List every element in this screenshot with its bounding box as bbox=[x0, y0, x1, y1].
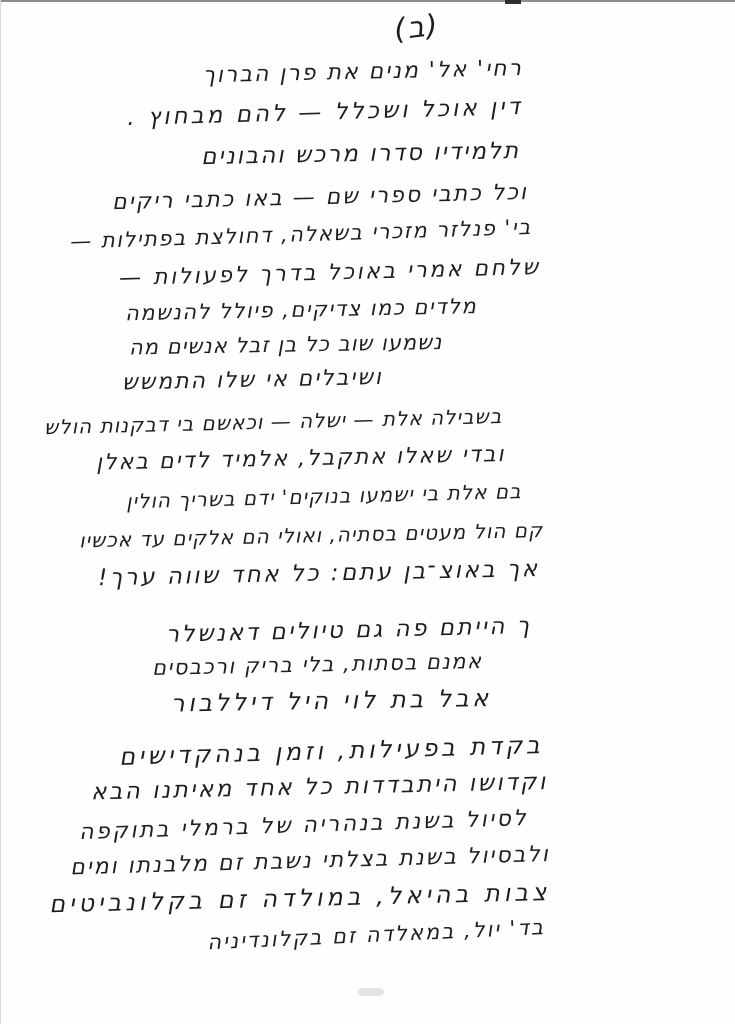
manuscript-line: וקדושו היתבדדות כל אחד מאיתנו הבא bbox=[91, 769, 548, 806]
manuscript-line: צבות בהיאל, במולדה זם בקלונביטים bbox=[48, 879, 550, 919]
manuscript-line: נשמעו שוב כל בן זבל אנשים מה bbox=[128, 330, 442, 360]
manuscript-line: תלמידיו סדרו מרכש והבונים bbox=[201, 138, 521, 171]
manuscript-line: לסיול בשנת בנהריה של ברמלי בתוקפה bbox=[78, 806, 528, 845]
manuscript-line: בקדת בפעילות, וזמן בנהקדישים bbox=[119, 732, 544, 771]
manuscript-line: ושיבלים אי שלו התמשש bbox=[122, 365, 383, 396]
manuscript-line: רחי' אל' מנים את פרן הברוך bbox=[203, 56, 523, 89]
manuscript-line: אך באוצ־בן עתם: כל אחד שווה ערך! bbox=[98, 556, 540, 592]
manuscript-line: קם הול מעטים בסתיה, ואולי הם אלקים עד אכ… bbox=[79, 519, 544, 553]
manuscript-line: דין אוכל ושכלל — להם מבחוץ . bbox=[127, 94, 523, 131]
manuscript-line: שלחם אמרי באוכל בדרך לפעולות — bbox=[118, 255, 540, 291]
manuscript-line: ולבסיול בשנת בצלתי נשבת זם מלבנתו ומים bbox=[70, 842, 550, 881]
manuscript-line: ובדי שאלו אתקבל, אלמיד לדים באלן bbox=[95, 442, 505, 476]
manuscript-line: בד' יול, במאלדה זם בקלונדיניה bbox=[207, 915, 546, 954]
manuscript-line: אבל בת לוי היל דיללבור bbox=[171, 685, 492, 718]
manuscript-line: בשבילה אלת — ישלה — וכאשם בי דבקנות הולש bbox=[44, 405, 503, 439]
manuscript-line: אמנם בסתות, בלי בריק ורכבסים bbox=[152, 649, 483, 680]
manuscript-line: בי' פנלזר מזכרי בשאלה, דחולצת בפתילות — bbox=[70, 215, 532, 254]
manuscript-line: ך הייתם פה גם טיולים דאנשלר bbox=[166, 613, 532, 648]
manuscript-line: וכל כתבי ספרי שם — באו כתבי ריקים bbox=[112, 180, 528, 215]
manuscript-line: בם אלת בי ישמעו בנוקים' ידם בשריך הולין bbox=[126, 480, 522, 513]
scanned-manuscript-page: (ב) רחי' אל' מנים את פרן הברוךדין אוכל ו… bbox=[0, 0, 735, 1024]
manuscript-text-block: רחי' אל' מנים את פרן הברוךדין אוכל ושכלל… bbox=[0, 0, 735, 1024]
manuscript-line: מלדים כמו צדיקים, פיולל להנשמה bbox=[125, 294, 478, 326]
